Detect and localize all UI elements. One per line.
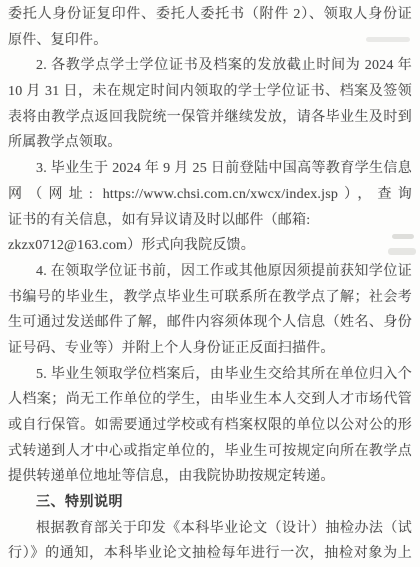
text-line: 证号码、专业等）并附上个人身份证正反面扫描件。 <box>8 336 412 362</box>
text-line: 提供转递单位地址等信息，由我院协助按规定转递。 <box>8 464 412 490</box>
text-line: 或自行保管。如需要通过学校或有档案权限的单位以公对公的形 <box>8 413 412 439</box>
text-line: 所属教学点领取。 <box>8 130 412 156</box>
text-line: 式转递到人才中心或指定单位的，毕业生可按规定向所在教学点 <box>8 439 412 465</box>
text-line: 委托人身份证复印件、委托人委托书（附件 2）、领取人身份证 <box>8 2 412 28</box>
text-line-url: 网（网址: https://www.chsi.com.cn/xwcx/index… <box>8 182 412 208</box>
text-line: 证书的有关信息，如有异议请及时以邮件（邮箱: <box>8 208 412 234</box>
text-line: 2. 各教学点学士学位证书及档案的发放截止时间为 2024 年 <box>8 53 412 79</box>
text-line: 3. 毕业生于 2024 年 9 月 25 日前登陆中国高等教育学生信息 <box>8 156 412 182</box>
text-line: 书编号的毕业生，教学点毕业生可联系所在教学点了解；社会考 <box>8 285 412 311</box>
text-line: 4. 在领取学位证书前，因工作或其他原因须提前获知学位证 <box>8 259 412 285</box>
text-line: 原件、复印件。 <box>8 28 412 54</box>
text-line: 生可通过发送邮件了解，邮件内容须体现个人信息（姓名、身份 <box>8 310 412 336</box>
text-line: 表将由教学点返回我院统一保管并继续发放，请各毕业生及时到 <box>8 105 412 131</box>
text-line: 10 月 31 日，未在规定时间内领取的学士学位证书、档案及签领 <box>8 79 412 105</box>
text-line: 人档案；尚无工作单位的学生，由毕业生本人交到人才市场代管 <box>8 387 412 413</box>
section-heading: 三、特别说明 <box>8 490 412 516</box>
text-line: 5. 毕业生领取学位档案后，由毕业生交给其所在单位归入个 <box>8 362 412 388</box>
document-body: 委托人身份证复印件、委托人委托书（附件 2）、领取人身份证 原件、复印件。 2.… <box>8 2 412 567</box>
text-line-email: zkzx0712@163.com）形式向我院反馈。 <box>8 233 412 259</box>
text-line: 根据教育部关于印发《本科毕业论文（设计）抽检办法（试 <box>8 516 412 542</box>
text-line: 行）》的通知，本科毕业论文抽检每年进行一次，抽检对象为上 <box>8 541 412 567</box>
document-page: 委托人身份证复印件、委托人委托书（附件 2）、领取人身份证 原件、复印件。 2.… <box>0 0 420 567</box>
